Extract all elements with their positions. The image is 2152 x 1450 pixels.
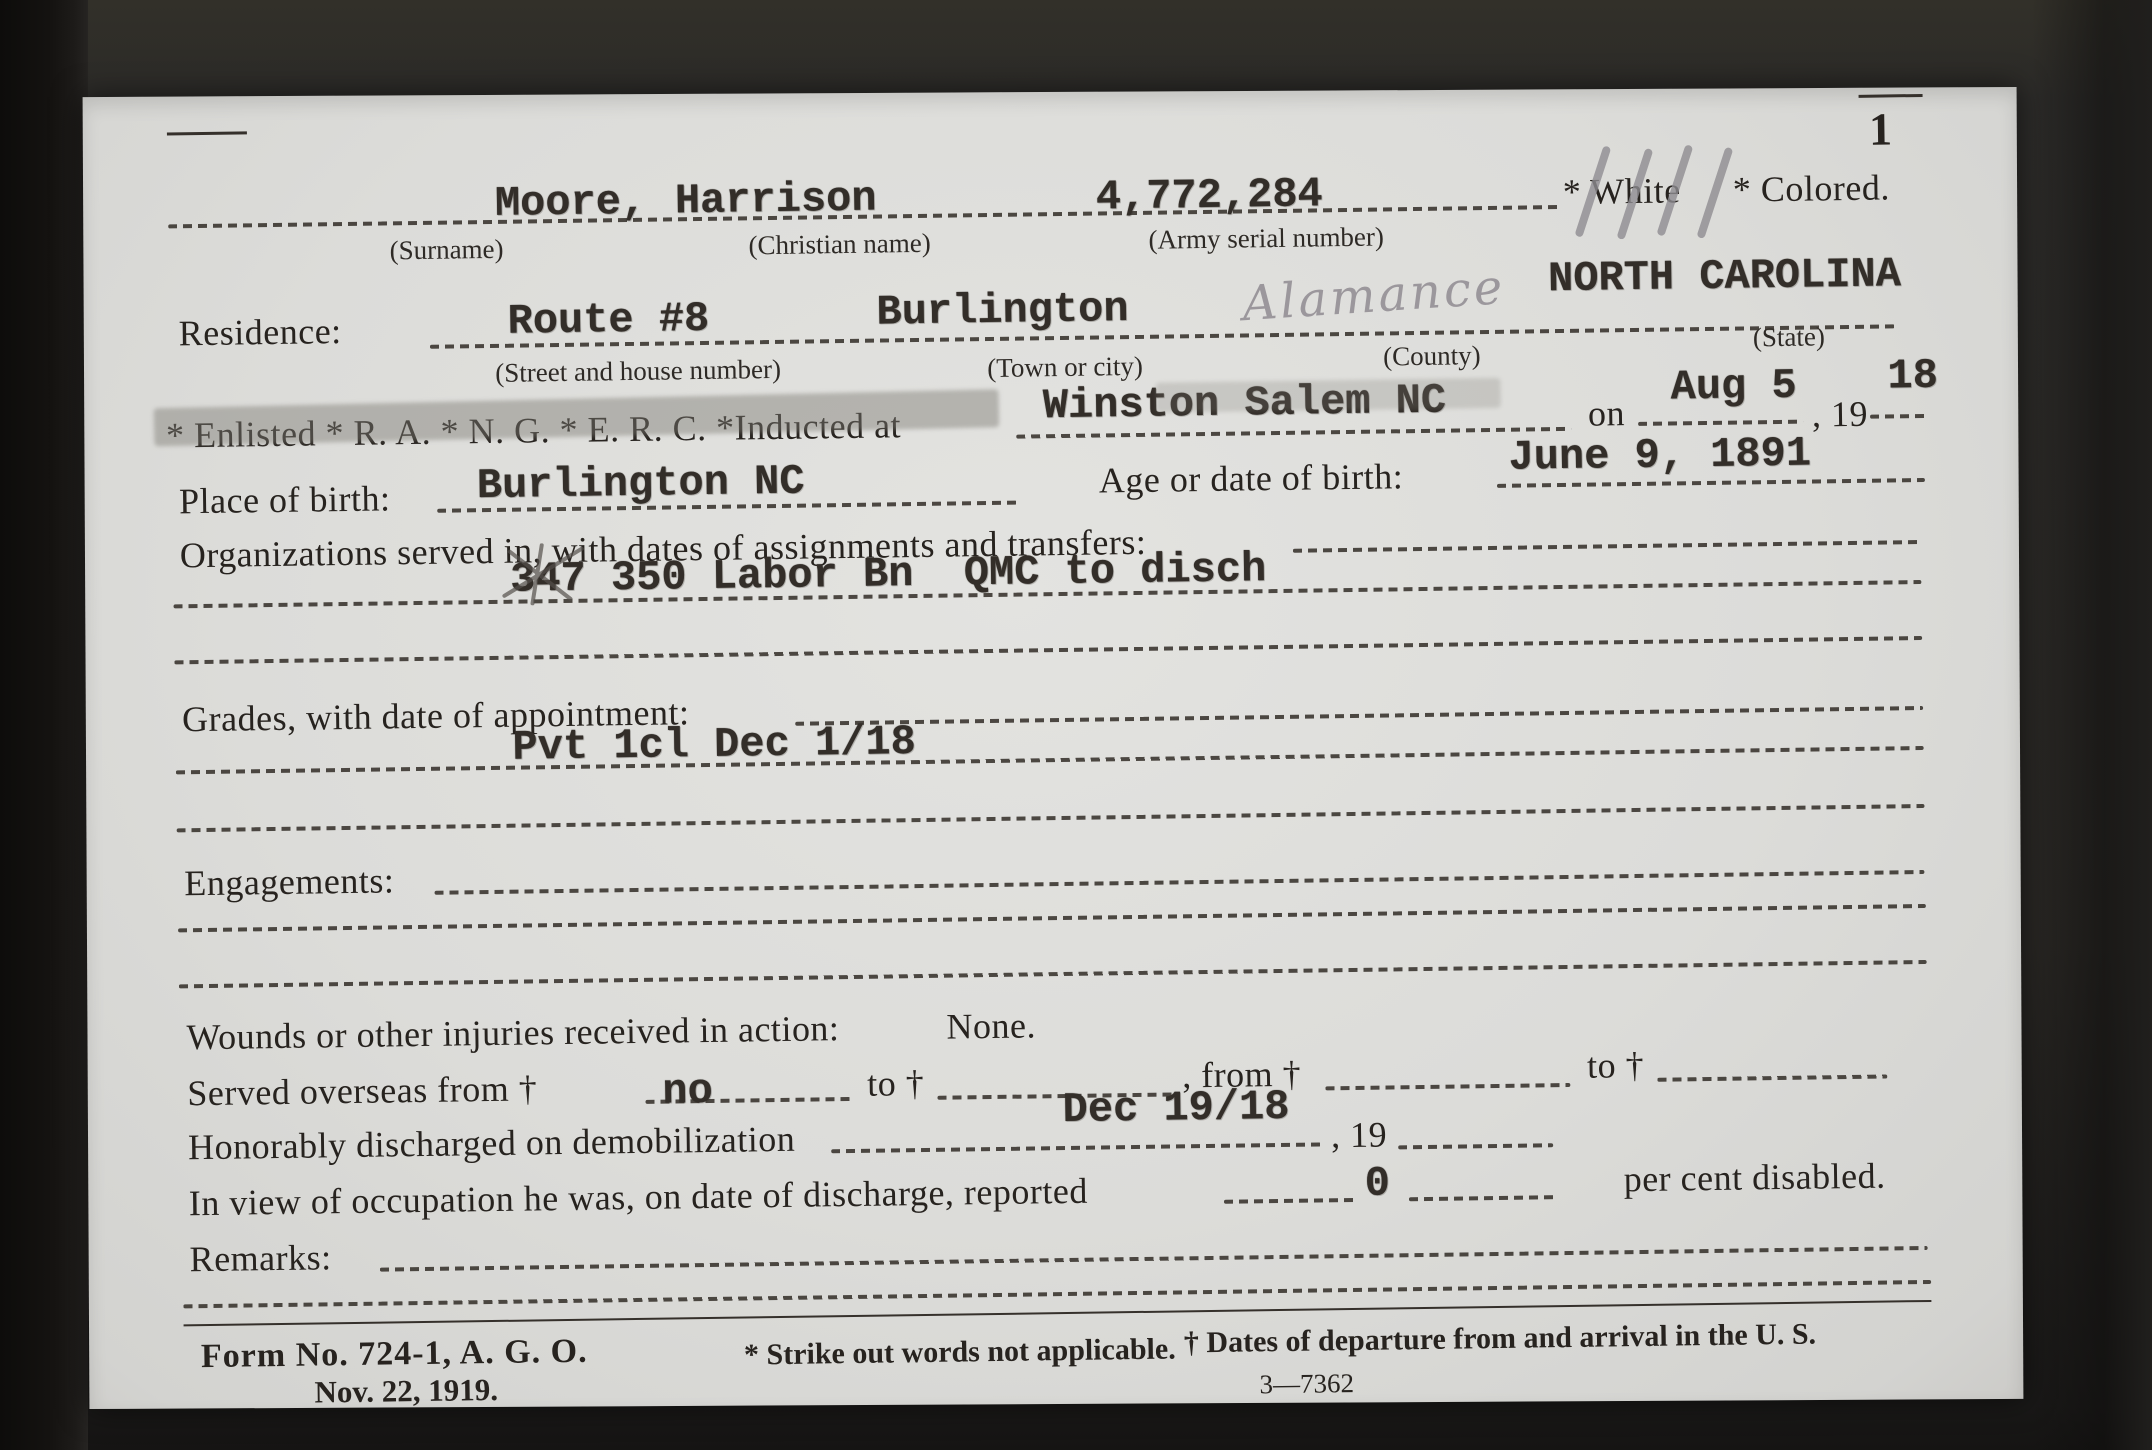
- page-number-rule: [1859, 94, 1923, 98]
- county-label: (County): [1383, 340, 1481, 372]
- town-label: (Town or city): [987, 351, 1143, 384]
- christian-name-value: Harrison: [675, 175, 877, 226]
- service-record-card: 1 Moore, Harrison 4,772,284 * White * Co…: [83, 87, 2024, 1409]
- scan-edge-right: [2032, 0, 2152, 1450]
- birthdate-value: June 9, 1891: [1508, 430, 1811, 482]
- induction-date-value: Aug 5: [1670, 362, 1797, 412]
- grades-value-dotted-rule: [176, 746, 1924, 774]
- engagements-blank-dotted-rule-2: [179, 960, 1927, 988]
- residence-label: Residence:: [178, 310, 342, 354]
- organizations-blank-dotted-rule: [174, 636, 1922, 664]
- disability-suffix: per cent disabled.: [1623, 1155, 1885, 1201]
- overseas-to2-dotted-rule: [1657, 1075, 1887, 1082]
- card-content: 1 Moore, Harrison 4,772,284 * White * Co…: [71, 71, 2023, 1410]
- discharge-year-prefix: , 19: [1331, 1114, 1388, 1157]
- state-value: NORTH CAROLINA: [1548, 250, 1901, 303]
- street-label: (Street and house number): [495, 354, 781, 389]
- remarks-label: Remarks:: [189, 1236, 332, 1280]
- disability-value: 0: [1364, 1159, 1390, 1207]
- surname-label: (Surname): [389, 234, 503, 267]
- enlistment-options-label: * Enlisted * R. A. * N. G. * E. R. C. *I…: [166, 404, 901, 456]
- induction-year-value: 18: [1887, 352, 1938, 401]
- disability-label: In view of occupation he was, on date of…: [189, 1170, 1089, 1225]
- grades-label-dotted-rule: [795, 706, 1923, 726]
- discharge-year-dotted-rule: [1398, 1143, 1553, 1149]
- street-value: Route #8: [507, 295, 709, 346]
- wounds-label: Wounds or other injuries received in act…: [186, 1007, 839, 1058]
- age-label: Age or date of birth:: [1099, 455, 1404, 501]
- overseas-to-label: to †: [867, 1062, 925, 1105]
- pencil-scribble-icon: [498, 543, 594, 606]
- discharge-date-dotted-rule: [831, 1142, 1321, 1153]
- overseas-from2-dotted-rule: [1325, 1083, 1570, 1090]
- footer-form-date: Nov. 22, 1919.: [314, 1372, 498, 1411]
- footer-form-number: Form No. 724-1, A. G. O.: [201, 1333, 588, 1376]
- footer-dagger-note: † Dates of departure from and arrival in…: [1184, 1318, 1817, 1361]
- birthplace-value: Burlington NC: [477, 458, 805, 511]
- top-left-rule: [167, 131, 247, 135]
- disability-dotted-rule-1: [1224, 1198, 1356, 1204]
- birthplace-label: Place of birth:: [179, 477, 391, 522]
- overseas-to2-label: to †: [1587, 1044, 1645, 1087]
- overseas-label: Served overseas from †: [187, 1067, 537, 1114]
- grades-blank-dotted-rule: [177, 804, 1925, 832]
- surname-value: Moore,: [495, 178, 647, 228]
- organizations-label-dotted-rule: [1293, 540, 1921, 553]
- grades-value: Pvt 1cl Dec 1/18: [512, 718, 916, 772]
- overseas-from-value: no: [662, 1067, 713, 1116]
- induction-date-dotted-rule: [1638, 420, 1803, 426]
- induction-year-prefix: , 19: [1812, 393, 1869, 436]
- page-number: 1: [1869, 102, 1893, 155]
- engagements-dotted-rule: [435, 870, 1925, 895]
- induction-place-value: Winston Salem NC: [1042, 377, 1446, 431]
- organizations-value: 347 350 Labor Bn QMC to disch: [510, 545, 1267, 604]
- serial-number-value: 4,772,284: [1096, 170, 1323, 221]
- remarks-dotted-rule: [380, 1246, 1928, 1272]
- induction-year-dotted-rule: [1870, 414, 1926, 419]
- induction-on-label: on: [1588, 392, 1626, 435]
- discharge-label: Honorably discharged on demobilization: [188, 1118, 796, 1168]
- footer-print-code: 3—7362: [1259, 1368, 1354, 1400]
- wounds-value: None.: [946, 1004, 1036, 1047]
- christian-name-label: (Christian name): [748, 228, 931, 262]
- footer-strike-note: * Strike out words not applicable.: [744, 1332, 1176, 1372]
- pencil-strike-marks-icon: [1568, 142, 1749, 240]
- discharge-date-value: Dec 19/18: [1062, 1083, 1289, 1134]
- engagements-label: Engagements:: [184, 859, 395, 904]
- engagements-blank-dotted-rule-1: [178, 904, 1926, 932]
- disability-dotted-rule-2: [1409, 1195, 1559, 1201]
- county-value: Alamance: [1241, 259, 1507, 332]
- town-value: Burlington: [876, 285, 1129, 337]
- race-colored-option: * Colored.: [1733, 166, 1891, 210]
- serial-number-label: (Army serial number): [1148, 221, 1384, 255]
